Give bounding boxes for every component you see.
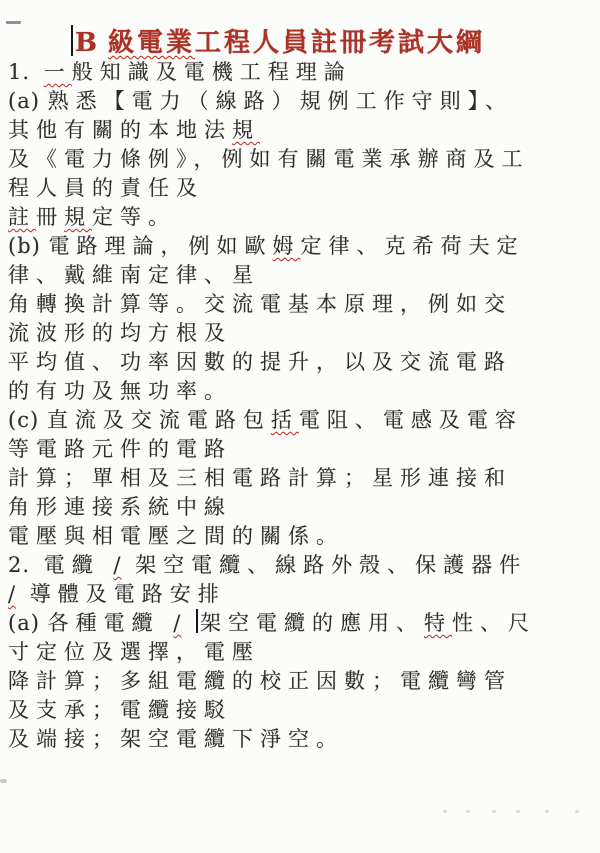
text-segment: 架空電纜、線路外殼、保護器件 [121,553,527,577]
text-segment: 各種電纜 [48,611,174,635]
text-line[interactable]: / 導體及電路安排 [8,580,598,609]
scan-artifact-dot [492,810,496,813]
text-cursor-caret [71,25,73,56]
text-segment: 1. [8,60,30,84]
text-line[interactable]: 計算；單相及三相電路計算；星形連接和 [8,464,598,493]
text-line[interactable]: (b) 電路理論，例如歐姆定律、克希荷夫定 [8,232,598,261]
text-line[interactable]: 角轉換計算等。交流電基本原理，例如交 [8,290,598,319]
text-line[interactable]: 註冊規定等。 [8,203,598,232]
text-line[interactable]: 及《電力條例》，例如有關電業承辦商及工 [8,145,598,174]
text-segment: 電阻、電感及電容 [299,408,523,432]
text-segment [181,611,195,635]
text-segment: 直流及交流電路包 [47,408,271,432]
text-line[interactable]: 寸定位及選擇，電壓 [8,638,598,667]
text-segment: 電壓與相電壓之間的關係。 [8,524,344,548]
text-segment: B [75,28,108,58]
scan-artifact-mark [0,779,7,783]
text-line[interactable]: 平均值、功率因數的提升，以及交流電路 [8,348,598,377]
misspelling-underlined-text: 特 [424,611,452,635]
misspelling-underlined-text: 一 [44,60,72,84]
text-segment: (a) [8,89,48,113]
text-line[interactable]: 電壓與相電壓之間的關係。 [8,522,598,551]
text-segment: 計算；單相及三相電路計算；星形連接和 [8,466,512,490]
scan-artifact-dot [443,810,447,813]
document-body: 1. 一般知識及電機工程理論(a) 熟悉【電力（線路）規例工作守則】、其他有關的… [8,58,598,754]
scan-artifact-dot [466,810,470,813]
text-segment: 定律、克希荷夫定 [301,234,525,258]
text-line[interactable]: 流波形的均方根及 [8,319,598,348]
text-segment: 寸定位及選擇，電壓 [8,640,260,664]
text-segment: 律、戴維南定律、星 [8,263,260,287]
text-segment: 導體及電路安排 [16,582,226,606]
text-line[interactable]: 降計算；多組電纜的校正因數；電纜彎管 [8,667,598,696]
text-line[interactable]: (c) 直流及交流電路包括電阻、電感及電容 [8,406,598,435]
text-segment: 工程人員註冊考試大綱 [195,28,485,58]
misspelling-underlined-text: 姆 [273,234,301,258]
text-segment: 熟悉【電力（線路）規例工作守則】、 [48,89,514,113]
text-segment: 電纜 [30,553,113,577]
text-line[interactable]: 1. 一般知識及電機工程理論 [8,58,598,87]
text-segment: 及《電力條例》，例如有關電業承辦商及工 [8,147,530,171]
scan-artifact-dot [575,810,579,813]
document-page: B 級電業工程人員註冊考試大綱 1. 一般知識及電機工程理論(a) 熟悉【電力（… [0,0,600,853]
text-line[interactable]: 其他有關的本地法規 [8,116,598,145]
text-segment: (a) [8,611,48,635]
text-segment: 冊 [36,205,64,229]
text-segment: 定等。 [92,205,176,229]
text-line[interactable]: (a) 各種電纜 / 架空電纜的應用、特性、尺 [8,609,598,638]
text-line[interactable]: 律、戴維南定律、星 [8,261,598,290]
scan-artifact-dash [6,21,21,24]
text-segment: 般知識及電機工程理論 [72,60,352,84]
text-segment: 2. [8,553,30,577]
text-segment: 角轉換計算等。交流電基本原理，例如交 [8,292,512,316]
text-segment: 降計算；多組電纜的校正因數；電纜彎管 [8,669,512,693]
misspelling-underlined-text: / [8,582,16,606]
text-segment: 角形連接系統中線 [8,495,232,519]
text-segment: (c) [8,408,47,432]
text-segment: 及支承；電纜接駁 [8,698,232,722]
text-segment: 及端接；架空電纜下淨空。 [8,727,344,751]
misspelling-underlined-text: 註 [8,205,36,229]
text-segment: 性、尺 [452,611,536,635]
text-segment [30,60,44,84]
text-line[interactable]: (a) 熟悉【電力（線路）規例工作守則】、 [8,87,598,116]
text-segment: 等電路元件的電路 [8,437,232,461]
text-cursor-caret [196,609,198,633]
text-segment: (b) [8,234,49,258]
text-line[interactable]: 2. 電纜 / 架空電纜、線路外殼、保護器件 [8,551,598,580]
text-line[interactable]: 的有功及無功率。 [8,377,598,406]
text-line[interactable]: 及端接；架空電纜下淨空。 [8,725,598,754]
text-line[interactable]: 角形連接系統中線 [8,493,598,522]
text-segment: 架空電纜的應用、 [200,611,424,635]
text-line[interactable]: 等電路元件的電路 [8,435,598,464]
text-segment: 電路理論，例如歐 [49,234,273,258]
misspelling-underlined-text: 級電業 [108,28,195,58]
text-segment: 的有功及無功率。 [8,379,232,403]
text-line[interactable]: 程人員的責任及 [8,174,598,203]
text-segment: 其他有關的本地法 [8,118,232,142]
document-title[interactable]: B 級電業工程人員註冊考試大綱 [70,22,485,59]
text-segment: 程人員的責任及 [8,176,204,200]
misspelling-underlined-text: 規 [232,118,260,142]
misspelling-underlined-text: 括 [271,408,299,432]
text-segment: 平均值、功率因數的提升，以及交流電路 [8,350,512,374]
scan-artifact-dot [545,810,549,813]
scan-artifact-dot [516,810,520,813]
misspelling-underlined-text: 規 [64,205,92,229]
text-line[interactable]: 及支承；電纜接駁 [8,696,598,725]
text-segment: 流波形的均方根及 [8,321,232,345]
